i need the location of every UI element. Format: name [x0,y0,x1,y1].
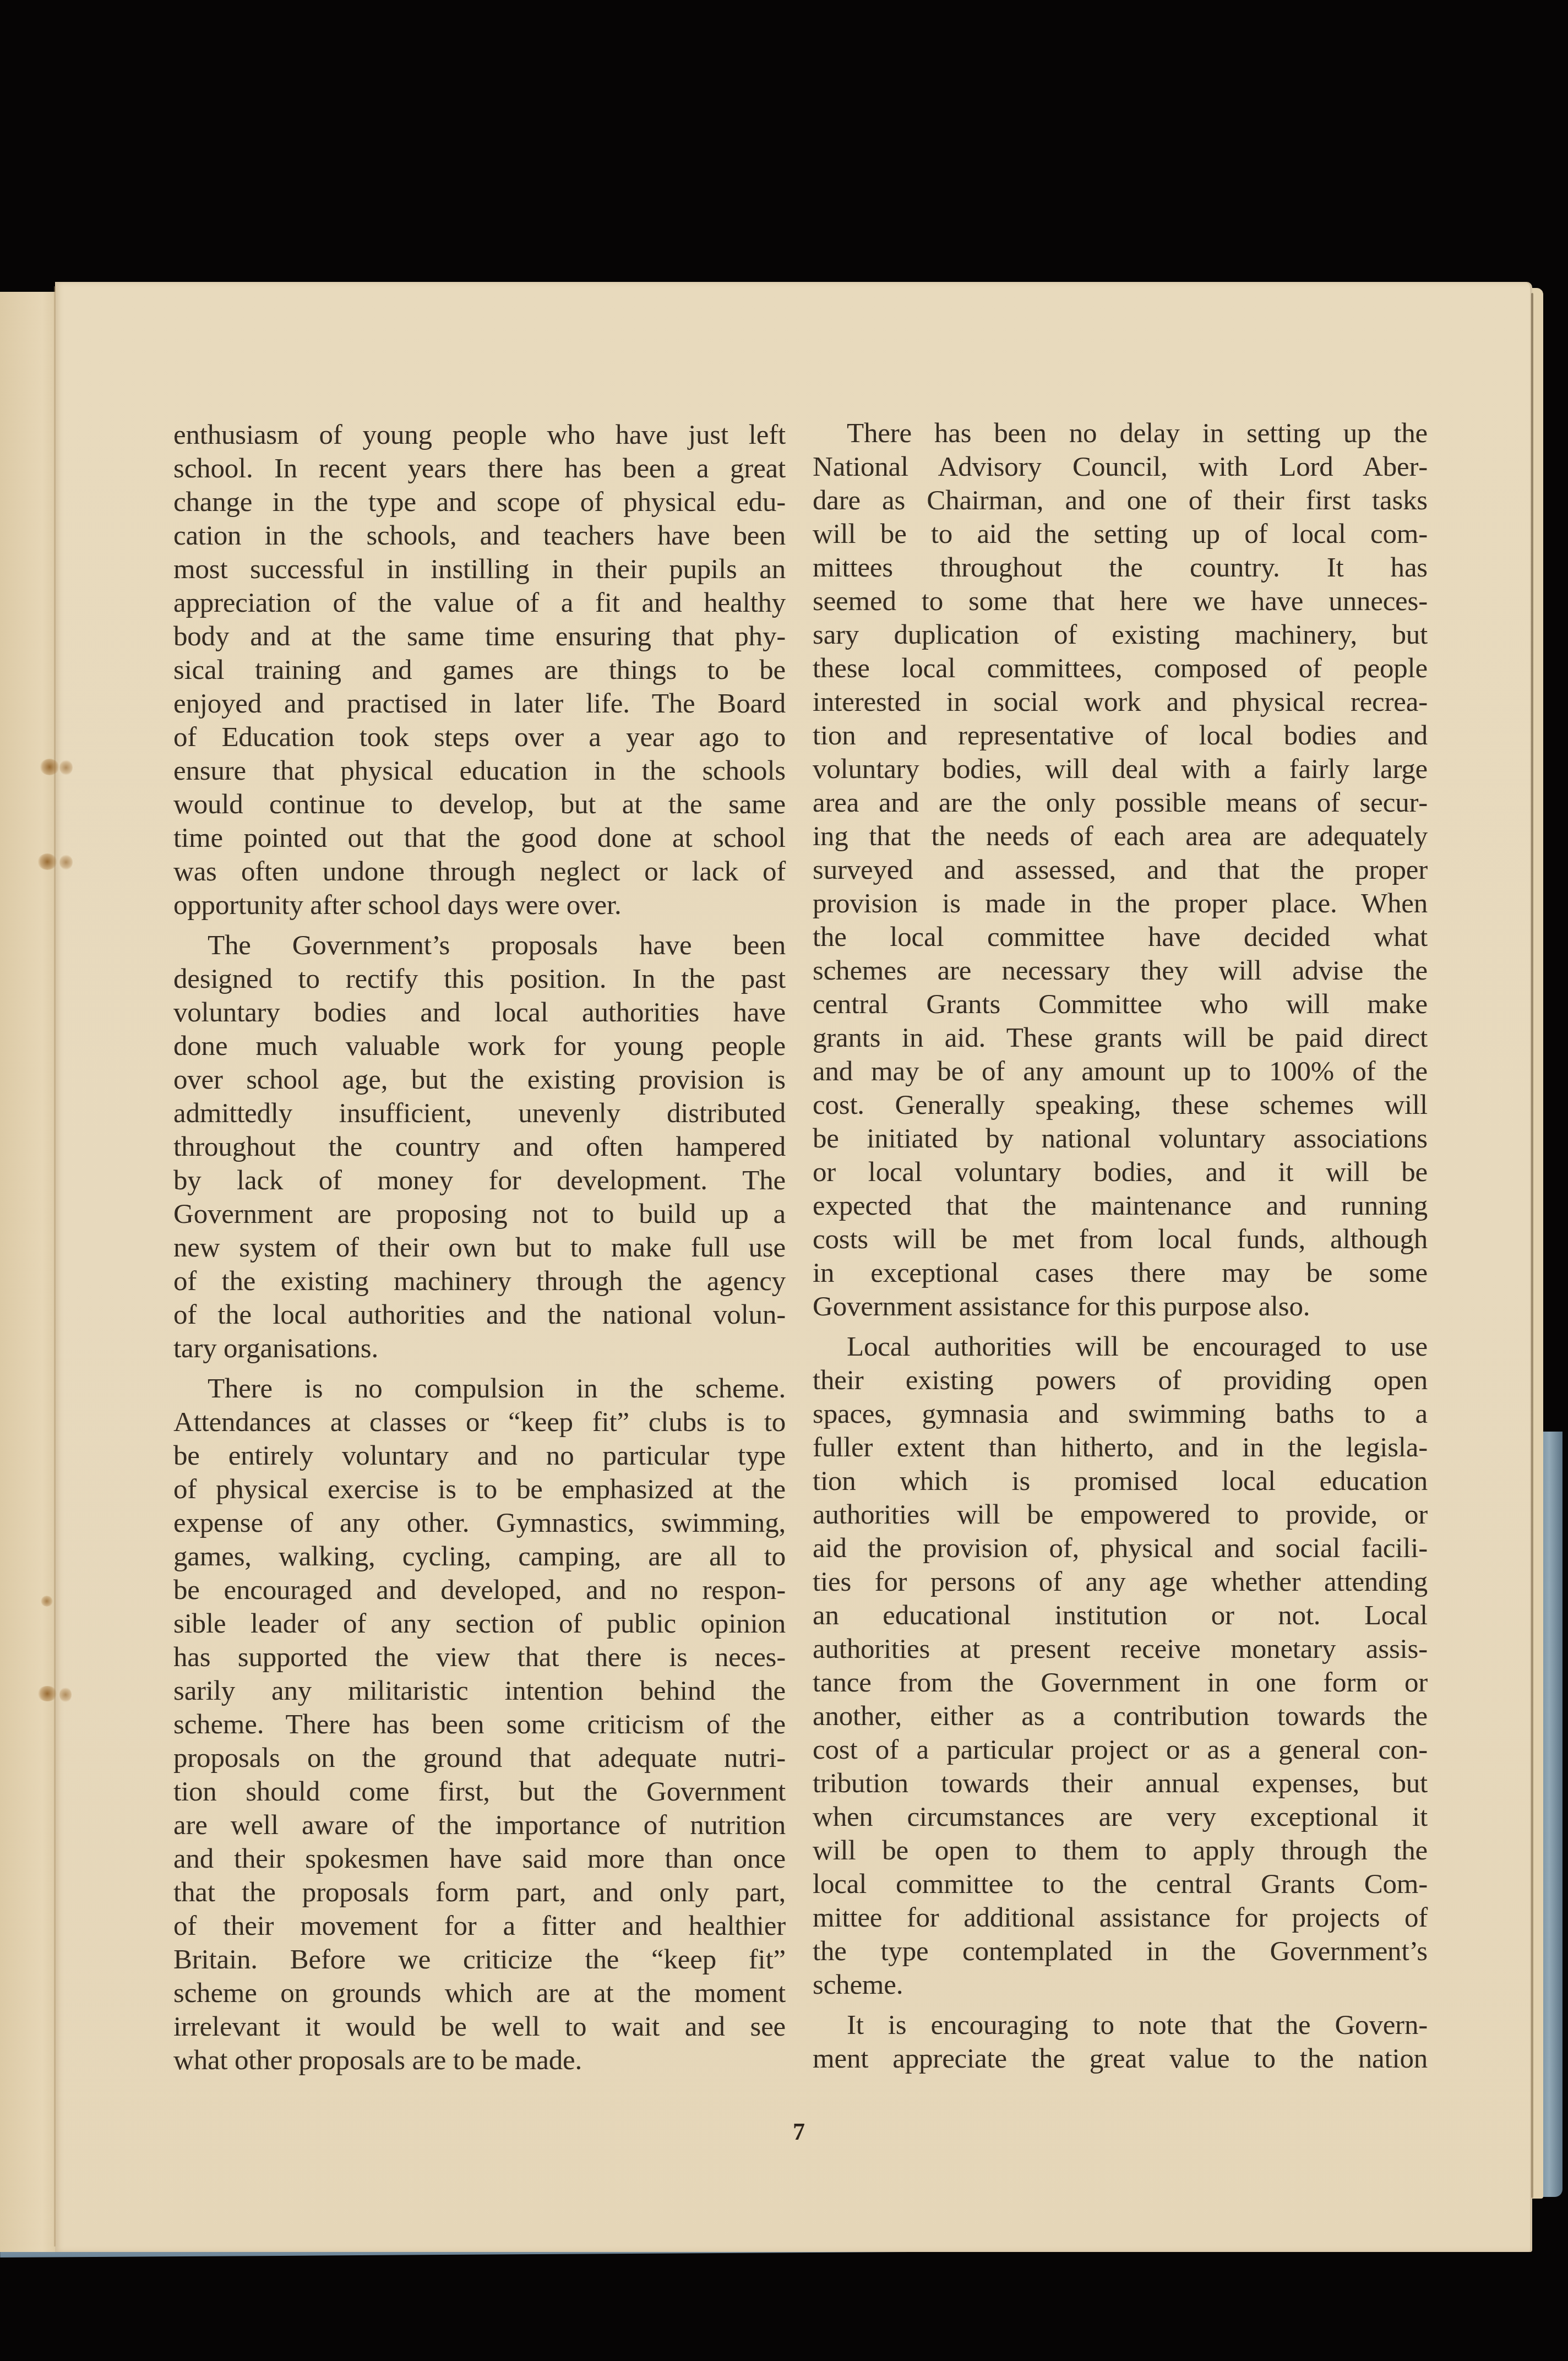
text-line: designed to rectify this position. In th… [173,962,786,996]
text-line: schemes are necessary they will advise t… [813,954,1428,988]
text-line: It is encouraging to note that the Gover… [813,2009,1428,2042]
right-text-column: There has been no delay in setting up th… [813,417,1428,2082]
text-line: their existing powers of providing open [813,1364,1428,1397]
text-line: mittee for additional assistance for pro… [813,1901,1428,1935]
text-line: ties for persons of any age whether atte… [813,1565,1428,1599]
text-line: expense of any other. Gymnastics, swimmi… [173,1506,786,1540]
text-line: authorities will be empowered to provide… [813,1498,1428,1532]
text-line: There is no compulsion in the scheme. [173,1372,786,1406]
text-line: an educational institution or not. Local [813,1599,1428,1633]
text-line: spaces, gymnasia and swimming baths to a [813,1397,1428,1431]
text-line: what other proposals are to be made. [173,2044,786,2077]
text-line: be encouraged and developed, and no resp… [173,1574,786,1607]
text-line: irrelevant it would be well to wait and … [173,2010,786,2044]
text-line: body and at the same time ensuring that … [173,620,786,654]
text-line: tion should come first, but the Governme… [173,1775,786,1809]
text-line: sarily any militaristic intention behind… [173,1674,786,1708]
text-line: admittedly insufficient, unevenly distri… [173,1097,786,1130]
text-line: tribution towards their annual expenses,… [813,1767,1428,1800]
text-line: ment appreciate the great value to the n… [813,2042,1428,2076]
page-edge-shadow [1531,293,1533,2198]
text-line: tion which is promised local education [813,1465,1428,1498]
text-line: voluntary bodies, will deal with a fairl… [813,753,1428,786]
staple-rust-mark [41,1596,53,1607]
text-line: new system of their own but to make full… [173,1231,786,1265]
facing-page-strip [0,292,61,2252]
text-line: ensure that physical education in the sc… [173,754,786,788]
left-text-column: enthusiasm of young people who have just… [173,418,786,2084]
staple-rust-mark [37,853,57,870]
text-line: costs will be met from local funds, alth… [813,1223,1428,1256]
text-line: of the existing machinery through the ag… [173,1265,786,1298]
text-line: There has been no delay in setting up th… [813,417,1428,450]
staple-rust-mark [40,759,59,775]
text-line: done much valuable work for young people [173,1030,786,1063]
text-line: and may be of any amount up to 100% of t… [813,1055,1428,1089]
text-line: school. In recent years there has been a… [173,452,786,486]
text-line: enthusiasm of young people who have just… [173,418,786,452]
text-line: scheme. [813,1968,1428,2002]
text-line: Attendances at classes or “keep fit” clu… [173,1406,786,1439]
staple-rust-mark [59,1687,72,1702]
text-line: change in the type and scope of physical… [173,486,786,519]
text-line: Government are proposing not to build up… [173,1198,786,1231]
text-line: opportunity after school days were over. [173,889,786,922]
text-line: local committee to the central Grants Co… [813,1868,1428,1901]
text-line: in exceptional cases there may be some [813,1256,1428,1290]
text-line: and their spokesmen have said more than … [173,1842,786,1876]
text-line: of Education took steps over a year ago … [173,721,786,754]
text-line: seemed to some that here we have unneces… [813,585,1428,618]
text-line: of the local authorities and the nationa… [173,1298,786,1332]
page-number: 7 [793,2118,805,2146]
text-line: cost. Generally speaking, these schemes … [813,1089,1428,1122]
text-line: will be to aid the setting up of local c… [813,518,1428,551]
text-line: of their movement for a fitter and healt… [173,1910,786,1943]
text-line: interested in social work and physical r… [813,686,1428,719]
text-line: the type contemplated in the Government’… [813,1935,1428,1968]
paragraph: The Government’s proposals have beendesi… [173,929,786,1366]
paragraph: There is no compulsion in the scheme.Att… [173,1372,786,2077]
text-line: sible leader of any section of public op… [173,1607,786,1641]
text-line: throughout the country and often hampere… [173,1130,786,1164]
text-line: over school age, but the existing provis… [173,1063,786,1097]
text-line: grants in aid. These grants will be paid… [813,1021,1428,1055]
text-line: will be open to them to apply through th… [813,1834,1428,1868]
text-line: The Government’s proposals have been [173,929,786,962]
text-line: sical training and games are things to b… [173,654,786,687]
text-line: fuller extent than hitherto, and in the … [813,1431,1428,1465]
paragraph: There has been no delay in setting up th… [813,417,1428,1324]
text-line: cation in the schools, and teachers have… [173,519,786,553]
text-line: has supported the view that there is nec… [173,1641,786,1674]
staple-rust-mark [59,855,73,870]
text-line: games, walking, cycling, camping, are al… [173,1540,786,1574]
text-line: when circumstances are very exceptional … [813,1800,1428,1834]
paragraph: Local authorities will be encouraged to … [813,1330,1428,2002]
text-line: central Grants Committee who will make [813,988,1428,1021]
text-line: sary duplication of existing machinery, … [813,618,1428,652]
text-line: authorities at present receive monetary … [813,1633,1428,1666]
text-line: another, either as a contribution toward… [813,1700,1428,1733]
text-line: was often undone through neglect or lack… [173,855,786,889]
text-line: expected that the maintenance and runnin… [813,1189,1428,1223]
text-line: tion and representative of local bodies … [813,719,1428,753]
text-line: proposals on the ground that adequate nu… [173,1742,786,1775]
text-line: most successful in instilling in their p… [173,553,786,586]
text-line: dare as Chairman, and one of their first… [813,484,1428,518]
text-line: be entirely voluntary and no particular … [173,1439,786,1473]
text-line: be initiated by national voluntary assoc… [813,1122,1428,1156]
text-line: voluntary bodies and local authorities h… [173,996,786,1030]
scanned-book-scene: enthusiasm of young people who have just… [0,0,1568,2361]
text-line: scheme. There has been some criticism of… [173,1708,786,1742]
text-line: time pointed out that the good done at s… [173,822,786,855]
text-line: are well aware of the importance of nutr… [173,1809,786,1842]
staple-rust-mark [59,760,73,775]
text-line: by lack of money for development. The [173,1164,786,1198]
text-line: aid the provision of, physical and socia… [813,1532,1428,1565]
text-line: tary organisations. [173,1332,786,1366]
text-line: would continue to develop, but at the sa… [173,788,786,822]
text-line: scheme on grounds which are at the momen… [173,1977,786,2010]
text-line: appreciation of the value of a fit and h… [173,586,786,620]
text-line: area and are the only possible means of … [813,786,1428,820]
text-line: Government assistance for this purpose a… [813,1290,1428,1324]
text-line: Local authorities will be encouraged to … [813,1330,1428,1364]
text-line: that the proposals form part, and only p… [173,1876,786,1910]
text-line: cost of a particular project or as a gen… [813,1733,1428,1767]
text-line: of physical exercise is to be emphasized… [173,1473,786,1506]
text-line: enjoyed and practised in later life. The… [173,687,786,721]
text-line: National Advisory Council, with Lord Abe… [813,450,1428,484]
text-line: surveyed and assessed, and that the prop… [813,853,1428,887]
text-line: tance from the Government in one form or [813,1666,1428,1700]
text-line: these local committees, composed of peop… [813,652,1428,686]
paragraph: It is encouraging to note that the Gover… [813,2009,1428,2076]
text-line: provision is made in the proper place. W… [813,887,1428,921]
text-line: mittees throughout the country. It has [813,551,1428,585]
text-line: ing that the needs of each area are adeq… [813,820,1428,853]
paragraph: enthusiasm of young people who have just… [173,418,786,922]
text-line: the local committee have decided what [813,921,1428,954]
gutter-fold [54,286,56,2246]
text-line: or local voluntary bodies, and it will b… [813,1156,1428,1189]
text-line: Britain. Before we criticize the “keep f… [173,1943,786,1977]
staple-rust-mark [37,1686,57,1701]
